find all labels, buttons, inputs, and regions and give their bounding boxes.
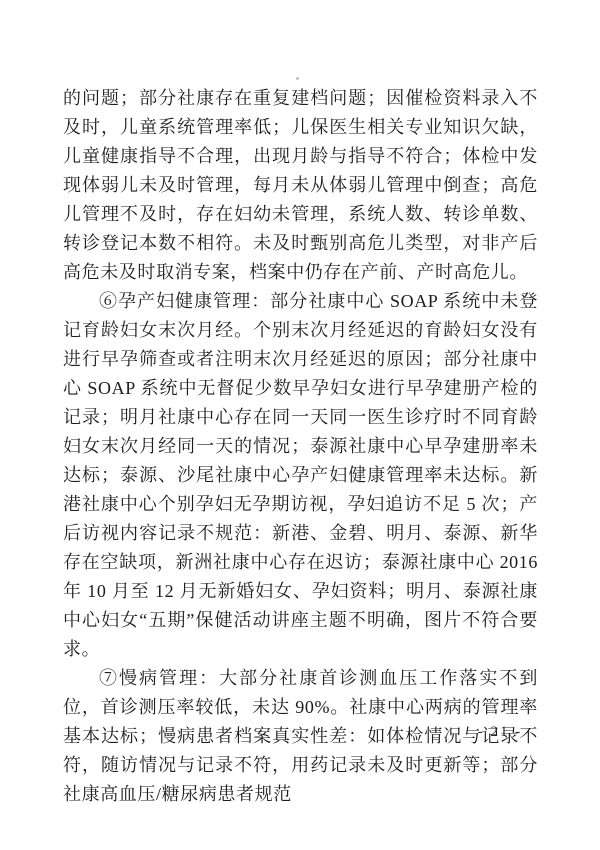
document-page: 的问题；部分社康存在重复建档问题；因催检资料录入不及时，儿童系统管理率低；儿保医… — [0, 0, 600, 850]
paragraph-item-6-maternal-health: ⑥孕产妇健康管理：部分社康中心 SOAP 系统中未登记育龄妇女末次月经。个别末次… — [63, 287, 538, 664]
document-body: 的问题；部分社康存在重复建档问题；因催检资料录入不及时，儿童系统管理率低；儿保医… — [63, 84, 538, 809]
page-number: - 21 - — [455, 722, 545, 742]
paragraph-continuation: 的问题；部分社康存在重复建档问题；因催检资料录入不及时，儿童系统管理率低；儿保医… — [63, 84, 538, 287]
scan-speck — [296, 77, 299, 80]
